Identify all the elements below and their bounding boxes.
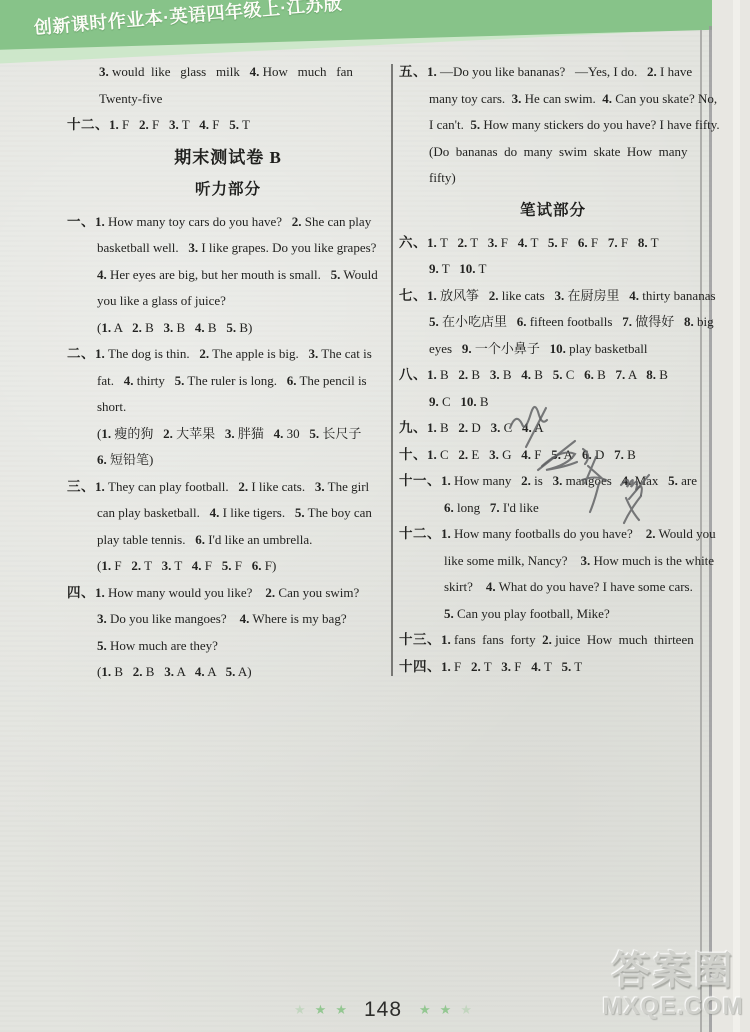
answers-column-right: 五、1. —Do you like bananas? —Yes, I do. 2… [399,59,707,680]
answer-line: 八、1. B 2. B 3. B 4. B 5. C 6. B 7. A 8. … [399,362,707,389]
answer-line: many toy cars. 3. He can swim. 4. Can yo… [399,86,707,113]
answer-line: play table tennis. 6. I'd like an umbrel… [67,527,389,554]
section-label: 八、 [399,367,427,382]
star-icon: ★ [294,1004,306,1017]
answers-column-left: 3. would like glass milk 4. How much fan… [67,59,389,686]
page-number: 148 [364,998,402,1022]
section-label: 十一、 [399,473,441,488]
page-gutter-highlight [733,0,740,1032]
answer-line: you like a glass of juice? [67,288,389,315]
answer-line: 十二、1. F 2. F 3. T 4. F 5. T [67,112,389,139]
answer-continuation-line: 3. would like glass milk 4. How much fan [67,59,389,86]
section-heading: 听力部分 [67,177,389,203]
section-heading: 期末测试卷 B [67,145,389,171]
section-label: 十三、 [399,632,441,647]
section-label: 十、 [399,447,427,462]
answer-line: 四、1. How many would you like? 2. Can you… [67,580,389,607]
answer-line: fifty) [399,165,707,192]
answer-line: 3. Do you like mangoes? 4. Where is my b… [67,606,389,633]
answer-line: I can't. 5. How many stickers do you hav… [399,112,707,139]
answer-line: 七、1. 放风筝 2. like cats 3. 在厨房里 4. thirty … [399,283,707,310]
star-icon: ★ [335,1004,347,1017]
column-divider-rule [391,64,393,676]
answer-line: basketball well. 3. I like grapes. Do yo… [67,235,389,262]
answer-line: (1. A 2. B 3. B 4. B 5. B) [67,315,389,342]
answer-line: 4. Her eyes are big, but her mouth is sm… [67,262,389,289]
answer-line: 5. How much are they? [67,633,389,660]
answer-line: like some milk, Nancy? 3. How much is th… [399,548,707,575]
answer-line: skirt? 4. What do you have? I have some … [399,574,707,601]
answer-continuation-line: Twenty-five [67,86,389,113]
answer-line: 六、1. T 2. T 3. F 4. T 5. F 6. F 7. F 8. … [399,230,707,257]
answer-line: 5. Can you play football, Mike? [399,601,707,628]
page-gutter-strip [712,0,750,1032]
answer-line: fat. 4. thirty 5. The ruler is long. 6. … [67,368,389,395]
page-footer: ★ ★ ★ 148 ★ ★ ★ [0,998,750,1022]
answer-line: 十、1. C 2. E 3. G 4. F 5. A 6. D 7. B [399,442,707,469]
section-label: 五、 [399,64,427,79]
answer-line: 6. long 7. I'd like [399,495,707,522]
answer-line: 5. 在小吃店里 6. fifteen footballs 7. 做得好 8. … [399,309,707,336]
answer-line: 九、1. B 2. D 3. C 4. A [399,415,707,442]
answer-line: short. [67,394,389,421]
answer-line: (1. F 2. T 3. T 4. F 5. F 6. F) [67,553,389,580]
answer-line: 6. 短铅笔) [67,447,389,474]
answer-line: 二、1. The dog is thin. 2. The apple is bi… [67,341,389,368]
answer-line: can play basketball. 4. I like tigers. 5… [67,500,389,527]
answer-line: 五、1. —Do you like bananas? —Yes, I do. 2… [399,59,707,86]
section-label: 十二、 [399,526,441,541]
section-label: 三、 [67,479,95,494]
star-icon: ★ [315,1004,327,1017]
section-label: 十二、 [67,117,109,132]
answer-line: 9. T 10. T [399,256,707,283]
star-icon: ★ [440,1004,452,1017]
star-icon: ★ [460,1004,472,1017]
star-icon: ★ [419,1004,431,1017]
answer-line: 十四、1. F 2. T 3. F 4. T 5. T [399,654,707,681]
answer-line: 一、1. How many toy cars do you have? 2. S… [67,209,389,236]
answer-line: 十三、1. fans fans forty 2. juice How much … [399,627,707,654]
answer-line: (1. B 2. B 3. A 4. A 5. A) [67,659,389,686]
answer-line: (Do bananas do many swim skate How many [399,139,707,166]
section-label: 四、 [67,585,95,600]
answer-line: 三、1. They can play football. 2. I like c… [67,474,389,501]
section-label: 二、 [67,346,95,361]
watermark-brand: 答案圈 [598,950,748,994]
section-label: 七、 [399,288,427,303]
answer-line: (1. 瘦的狗 2. 大苹果 3. 胖猫 4. 30 5. 长尺子 [67,421,389,448]
section-label: 十四、 [399,659,441,674]
section-heading: 笔试部分 [399,198,707,224]
section-label: 九、 [399,420,427,435]
section-label: 一、 [67,214,95,229]
answer-line: 十二、1. How many footballs do you have? 2.… [399,521,707,548]
answer-line: 十一、1. How many 2. is 3. mangoes 4. Max 5… [399,468,707,495]
answer-line: 9. C 10. B [399,389,707,416]
scanned-answer-page: 创新课时作业本·英语四年级上·江苏版 3. would like glass m… [0,0,750,1032]
answer-line: eyes 9. 一个小鼻子 10. play basketball [399,336,707,363]
section-label: 六、 [399,235,427,250]
